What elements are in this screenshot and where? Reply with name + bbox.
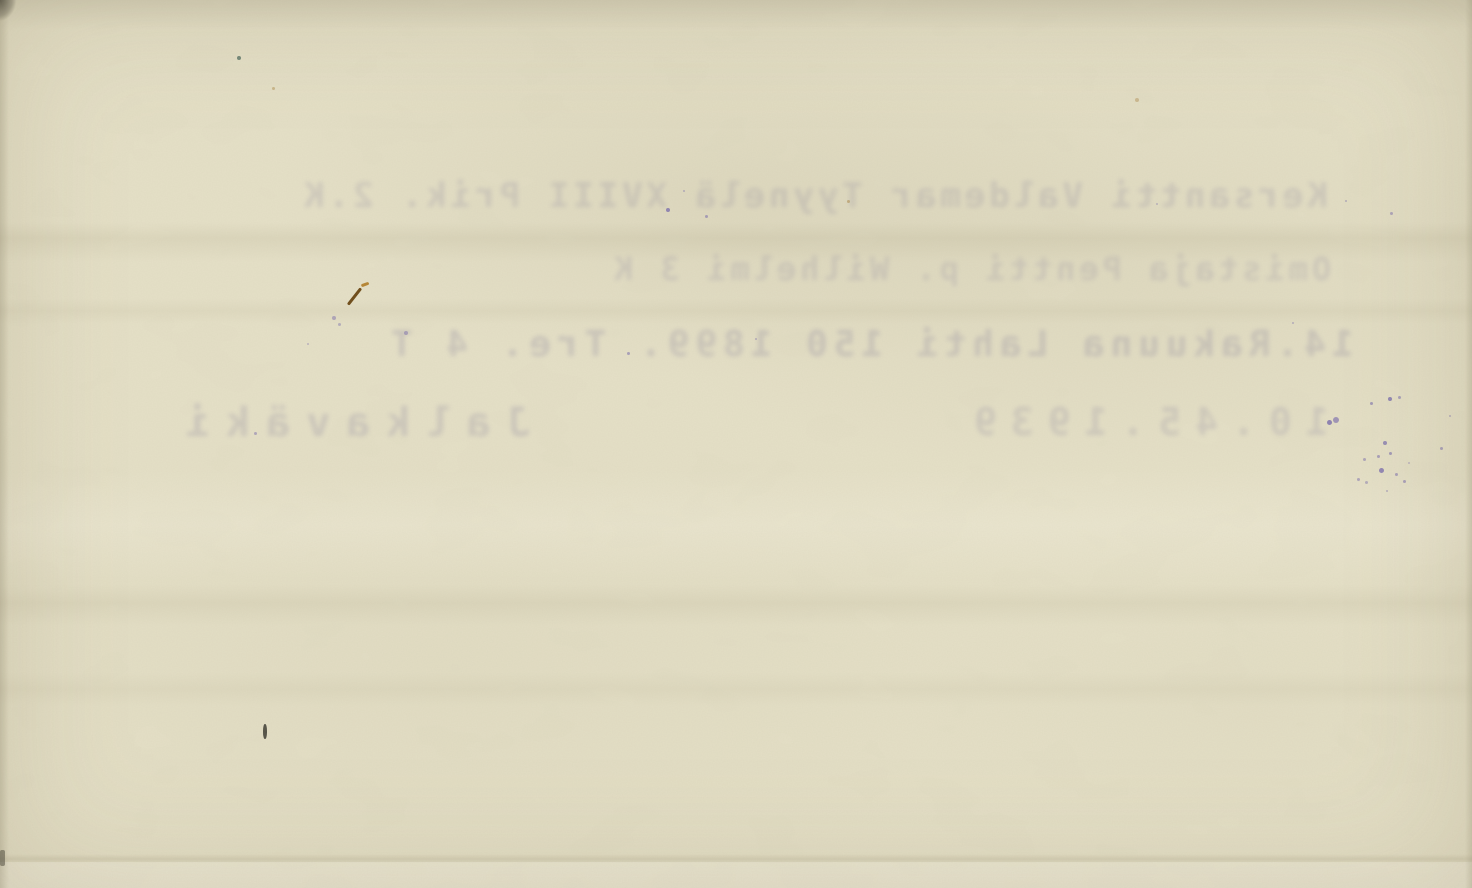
scanned-card-verso: Kersantti Valdemar Tyynelä XVIII Prik. 2… xyxy=(0,0,1472,888)
scan-vignette xyxy=(0,0,1472,888)
